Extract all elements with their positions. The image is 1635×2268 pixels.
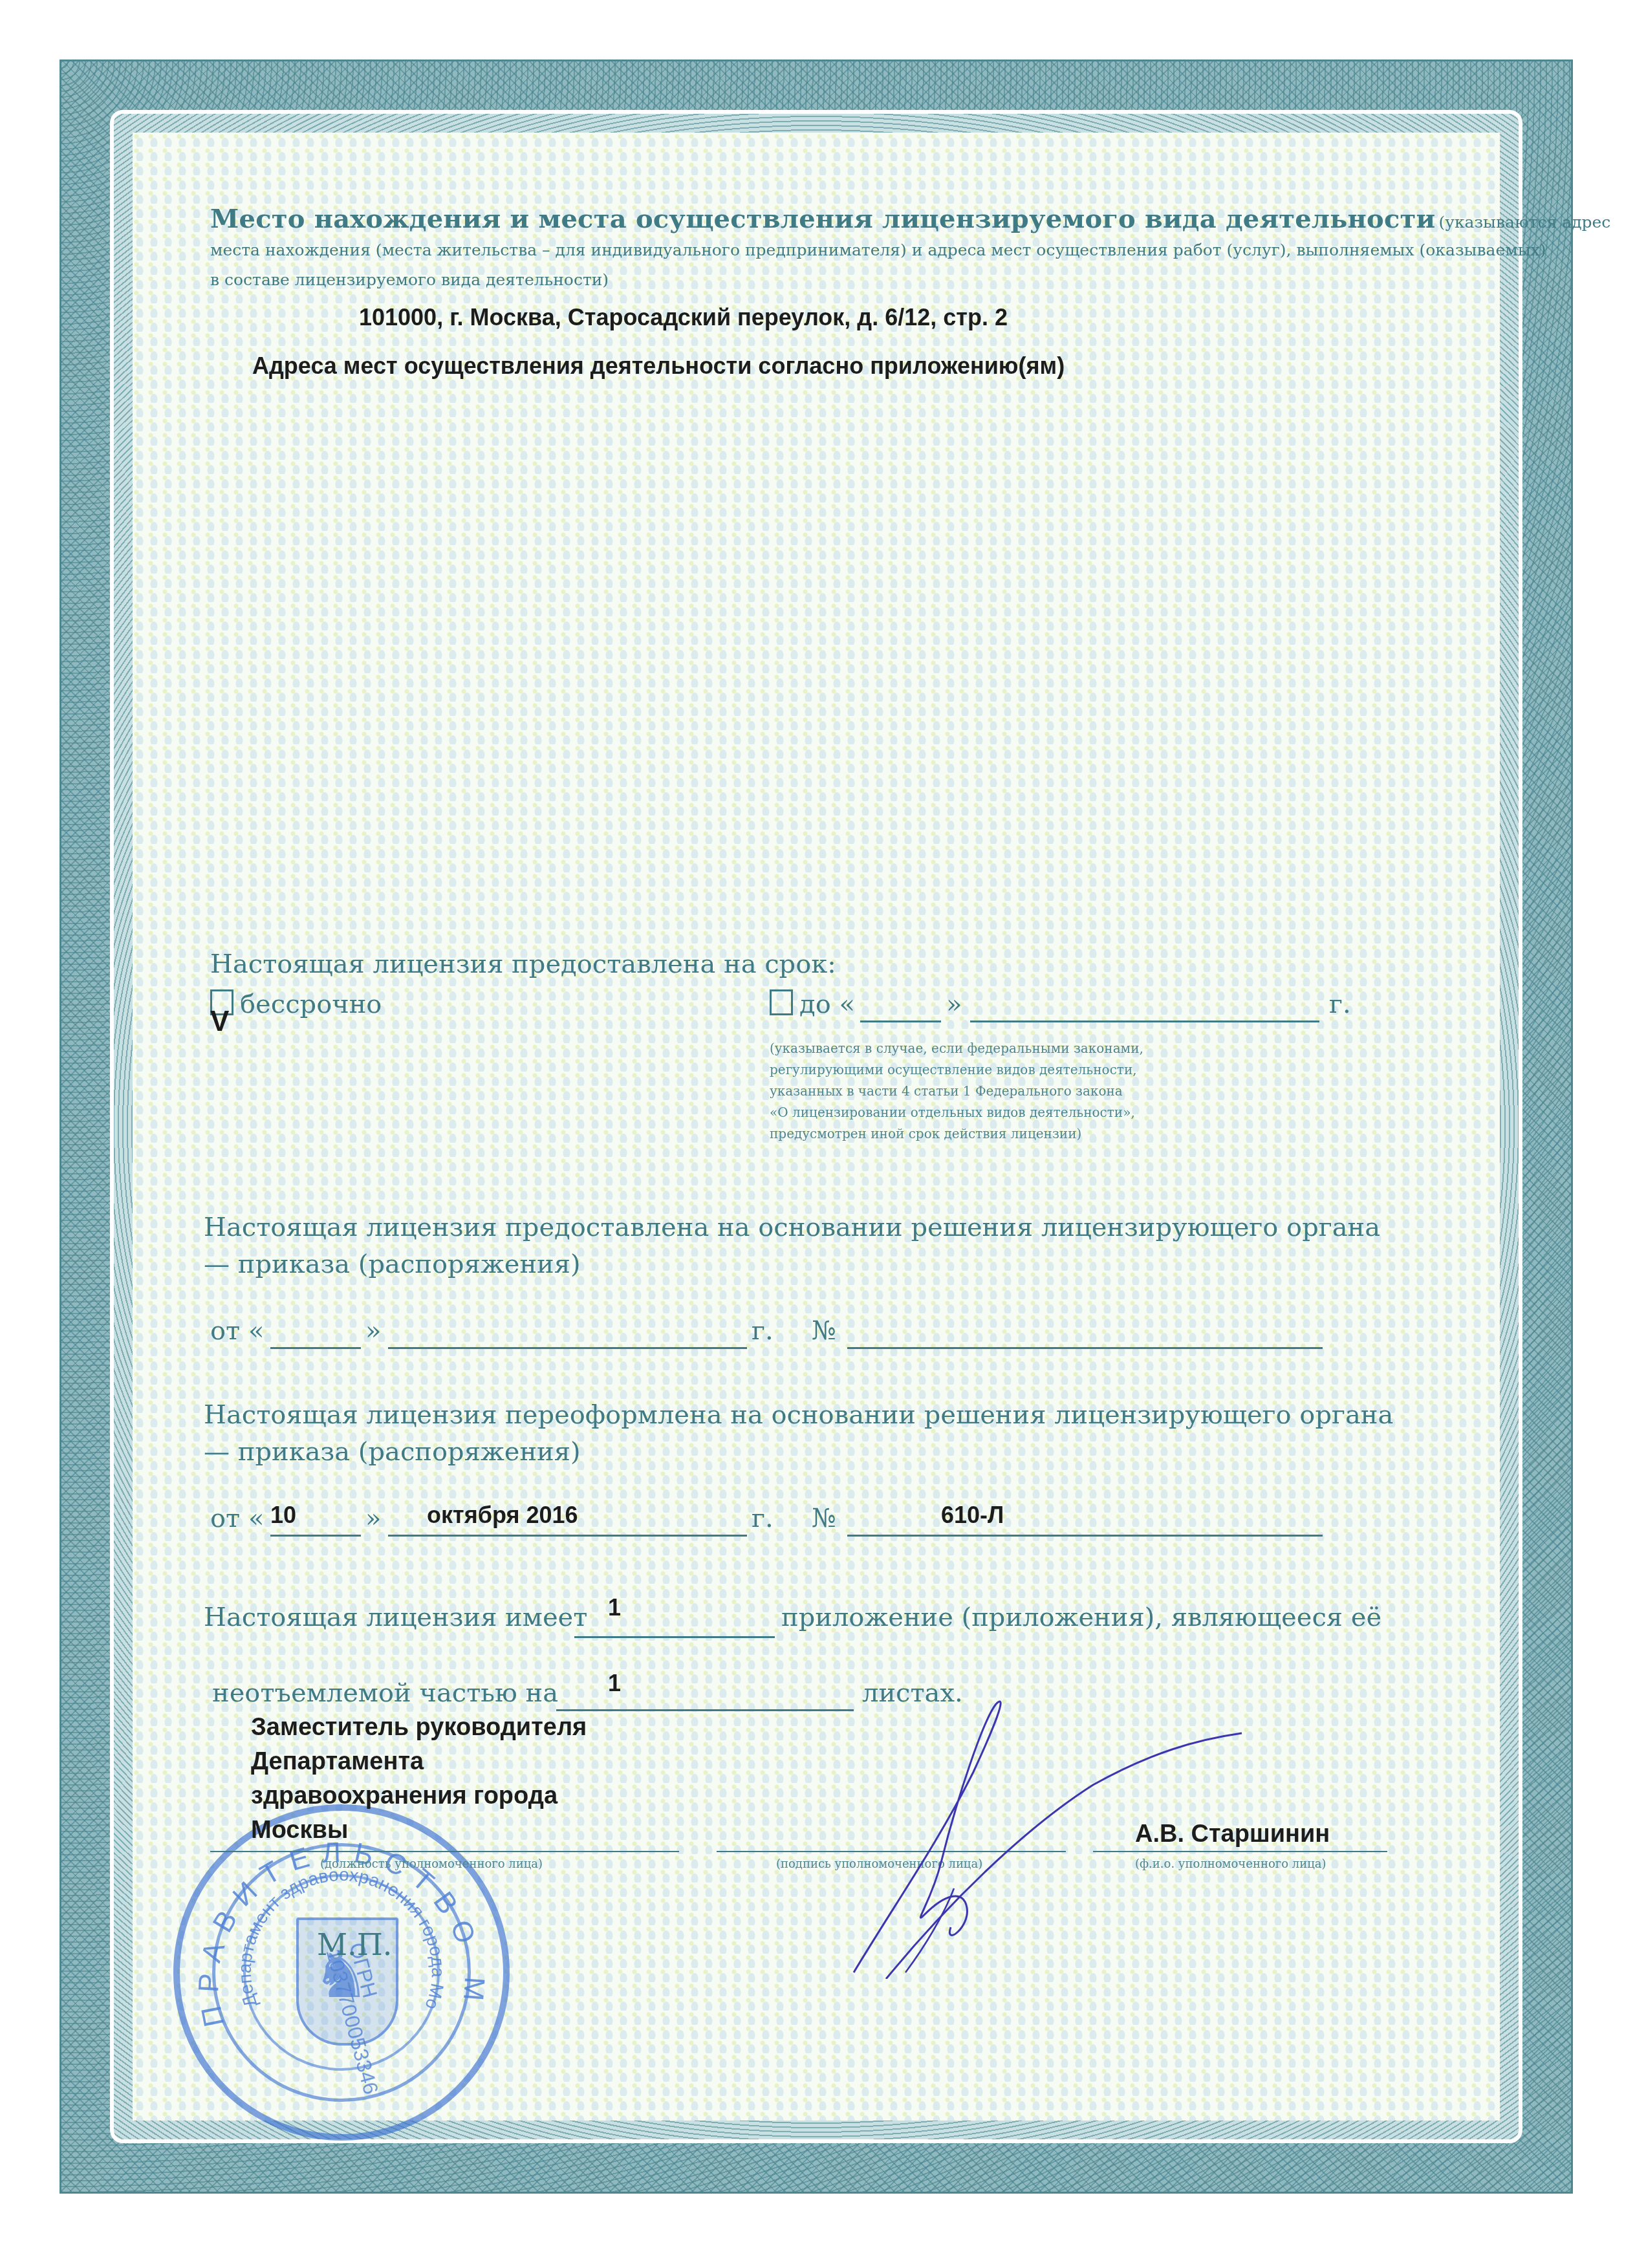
until-quote-close: » <box>946 989 962 1019</box>
position-line: Департамента <box>251 1745 587 1779</box>
indefinite-check-mark: V <box>210 1006 229 1038</box>
grant-month-year-field[interactable] <box>388 1347 747 1349</box>
grant-number-field[interactable] <box>847 1347 1323 1349</box>
sheet-count-field[interactable] <box>556 1709 854 1711</box>
reissue-number-value: 610-Л <box>941 1502 1004 1529</box>
until-note-line: указанных в части 4 статьи 1 Федеральног… <box>770 1081 1143 1102</box>
grant-quote-close: » <box>365 1316 381 1346</box>
grant-title-line1: Настоящая лицензия предоставлена на осно… <box>204 1213 1380 1242</box>
reissue-number-field[interactable] <box>847 1535 1323 1537</box>
until-month-year-field[interactable] <box>970 1021 1319 1022</box>
annex-line1-suffix: приложение (приложения), являющееся её <box>781 1603 1381 1632</box>
until-note-line: регулирующими осуществление видов деятел… <box>770 1059 1143 1081</box>
annex-line1-prefix: Настоящая лицензия имеет <box>204 1603 587 1632</box>
location-title-row: Место нахождения и места осуществления л… <box>210 204 1610 234</box>
position-line: Заместитель руководителя <box>251 1711 587 1745</box>
until-note-line: (указывается в случае, если федеральными… <box>770 1038 1143 1059</box>
location-title: Место нахождения и места осуществления л… <box>210 204 1435 234</box>
reissue-day-field[interactable] <box>270 1535 361 1537</box>
location-note-inline: (указываются адрес <box>1438 213 1610 232</box>
term-until-option[interactable]: до « <box>770 989 855 1019</box>
location-note-line3: в составе лицензируемого вида деятельнос… <box>210 270 609 289</box>
reissue-month-year-field[interactable] <box>388 1535 747 1537</box>
reissue-day-value: 10 <box>270 1502 296 1529</box>
address-text: 101000, г. Москва, Старосадский переулок… <box>359 304 1008 331</box>
annex-count-value: 1 <box>608 1594 621 1621</box>
grant-from-label: от « <box>210 1316 264 1346</box>
until-prefix: до « <box>799 989 855 1019</box>
reissue-month-year-value: октября 2016 <box>427 1502 578 1529</box>
grant-year-suffix: г. <box>752 1316 774 1346</box>
term-title: Настоящая лицензия предоставлена на срок… <box>210 949 836 979</box>
position-line: здравоохранения города <box>251 1779 587 1813</box>
location-note-line2: места нахождения (места жительства – для… <box>210 241 1546 259</box>
grant-title-line2: — приказа (распоряжения) <box>204 1249 581 1279</box>
position-line: Москвы <box>251 1813 587 1848</box>
handwritten-signature <box>815 1694 1268 1979</box>
grant-number-label: № <box>812 1316 836 1346</box>
signatory-position: Заместитель руководителя Департамента зд… <box>251 1711 587 1848</box>
grant-day-field[interactable] <box>270 1347 361 1349</box>
until-note-line: «О лицензировании отдельных видов деятел… <box>770 1102 1143 1123</box>
reissue-number-label: № <box>812 1504 836 1533</box>
reissue-quote-close: » <box>365 1504 381 1533</box>
reissue-title-line2: — приказа (распоряжения) <box>204 1437 581 1467</box>
seal-placeholder-label: М.П. <box>317 1927 392 1962</box>
indefinite-label: бессрочно <box>240 989 382 1019</box>
annex-line2-prefix: неотъемлемой частью на <box>212 1678 558 1708</box>
until-checkbox[interactable] <box>770 989 793 1015</box>
position-line-field <box>210 1851 679 1852</box>
position-caption: (должность уполномоченного лица) <box>320 1857 543 1871</box>
annex-count-field[interactable] <box>574 1636 775 1638</box>
until-day-field[interactable] <box>860 1021 941 1022</box>
until-note-line: предусмотрен иной срок действия лицензии… <box>770 1123 1143 1145</box>
sheet-count-value: 1 <box>608 1670 621 1697</box>
addresses-per-annex-text: Адреса мест осуществления деятельности с… <box>252 352 1065 380</box>
official-stamp: ♞ ПРАВИТЕЛЬСТВО МОСКВЫ Департамент здрав… <box>173 1804 510 2141</box>
reissue-year-suffix: г. <box>752 1504 774 1533</box>
term-indefinite-option[interactable]: бессрочно <box>210 989 382 1019</box>
reissue-from-label: от « <box>210 1504 264 1533</box>
until-note: (указывается в случае, если федеральными… <box>770 1038 1143 1145</box>
reissue-title-line1: Настоящая лицензия переоформлена на осно… <box>204 1400 1393 1430</box>
until-year-suffix: г. <box>1329 989 1351 1019</box>
